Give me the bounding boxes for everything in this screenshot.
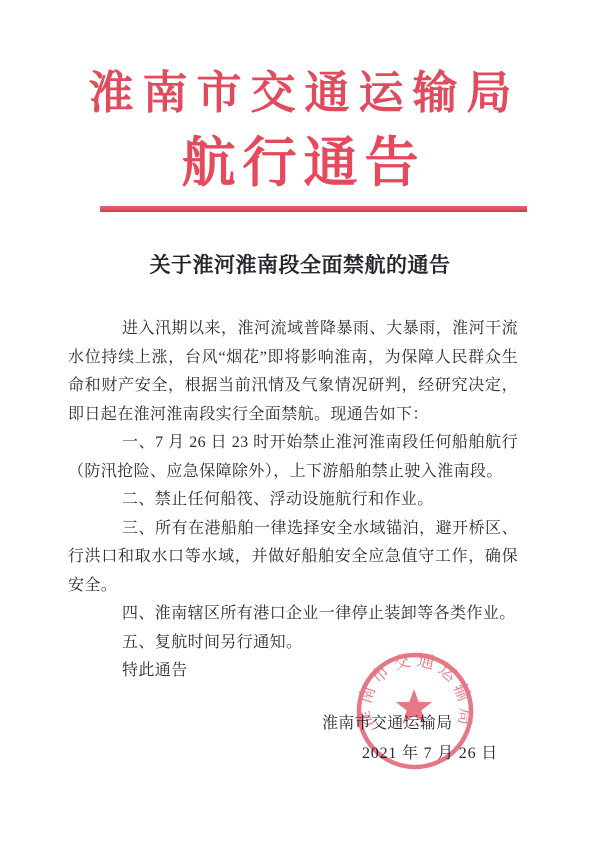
closing-line: 特此通告 bbox=[68, 657, 518, 686]
notice-document-page: 淮南市交通运输局 航行通告 关于淮河淮南段全面禁航的通告 进入汛期以来，淮河流域… bbox=[0, 0, 600, 848]
signature-line: 淮南市交通运输局 bbox=[322, 710, 452, 733]
notice-item-1: 一、7 月 26 日 23 时开始禁止淮河淮南段任何船舶航行（防汛抢险、应急保障… bbox=[68, 429, 518, 486]
notice-item-3: 三、所有在港船舶一律选择安全水域锚泊，避开桥区、行洪口和取水口等水域，并做好船舶… bbox=[68, 515, 518, 601]
red-divider-rule bbox=[100, 206, 527, 212]
notice-item-5: 五、复航时间另行通知。 bbox=[68, 629, 518, 658]
doc-title: 关于淮河淮南段全面禁航的通告 bbox=[0, 250, 600, 282]
banner-title: 航行通告 bbox=[0, 128, 600, 198]
org-title: 淮南市交通运输局 bbox=[0, 66, 600, 120]
notice-item-2: 二、禁止任何船筏、浮动设施航行和作业。 bbox=[68, 486, 518, 515]
notice-item-4: 四、淮南辖区所有港口企业一律停止装卸等各类作业。 bbox=[68, 600, 518, 629]
date-line: 2021 年 7 月 26 日 bbox=[362, 740, 498, 763]
intro-paragraph: 进入汛期以来，淮河流域普降暴雨、大暴雨，淮河干流水位持续上涨，台风“烟花”即将影… bbox=[68, 315, 518, 429]
notice-body: 进入汛期以来，淮河流域普降暴雨、大暴雨，淮河干流水位持续上涨，台风“烟花”即将影… bbox=[68, 315, 518, 686]
